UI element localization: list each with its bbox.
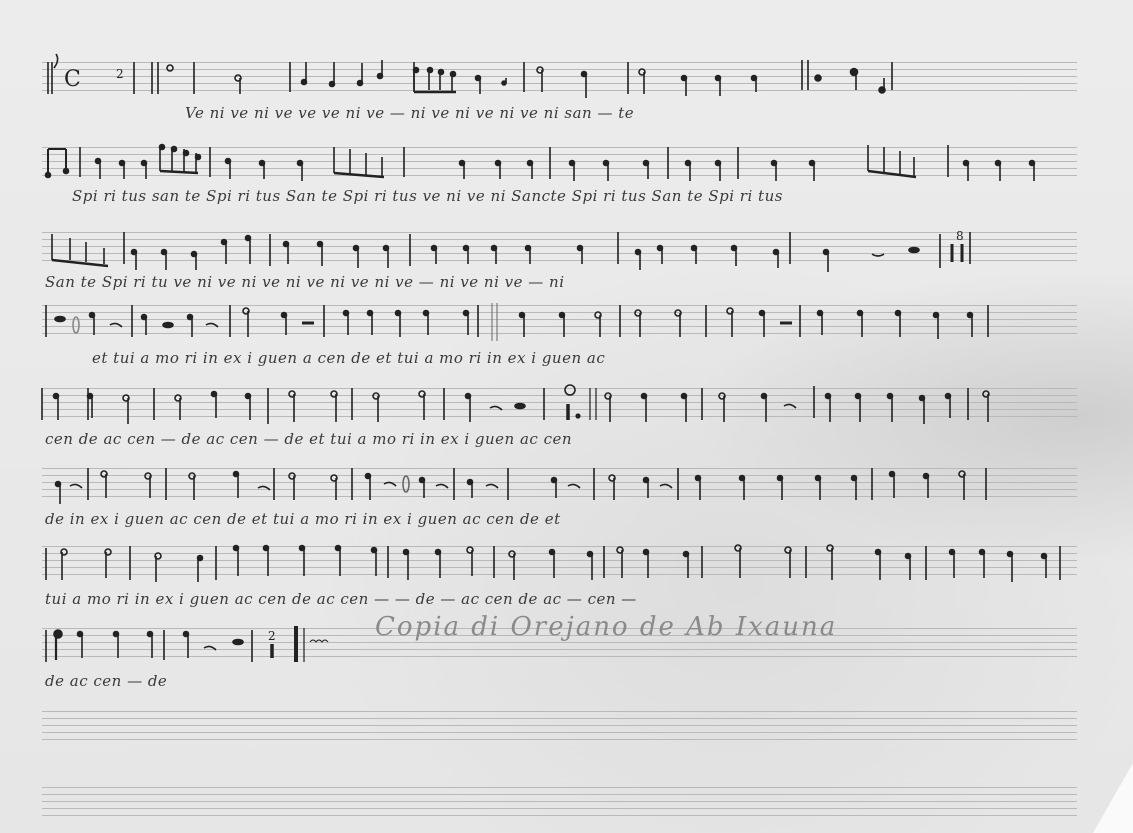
svg-text:8: 8 bbox=[956, 229, 964, 243]
copyist-signature: Copia di Orejano de Ab Ixauna bbox=[375, 612, 837, 642]
lyrics-line-6: de in ex i guen ac cen de et tui a mo ri… bbox=[45, 510, 561, 528]
folded-corner bbox=[1093, 763, 1133, 833]
staff-5 bbox=[42, 388, 1077, 416]
staff-4 bbox=[42, 305, 1077, 333]
lyrics-line-7: tui a mo ri in ex i guen ac cen de ac ce… bbox=[45, 590, 637, 608]
svg-text:2: 2 bbox=[268, 629, 276, 643]
lyrics-line-4: et tui a mo ri in ex i guen a cen de et … bbox=[92, 349, 605, 367]
music-notes bbox=[42, 374, 1077, 430]
lyrics-line-3: San te Spi ri tu ve ni ve ni ve ni ve ni… bbox=[45, 273, 565, 291]
music-notes bbox=[42, 133, 1077, 189]
music-notes: 8 bbox=[42, 218, 1077, 274]
staff-1: C 2 bbox=[42, 62, 1077, 90]
lyrics-line-1: Ve ni ve ni ve ve ve ni ve — ni ve ni ve… bbox=[185, 104, 634, 122]
music-notes bbox=[42, 532, 1077, 588]
staff-3: 8 bbox=[42, 232, 1077, 260]
lyrics-line-8: de ac cen — de bbox=[45, 672, 167, 690]
lyrics-line-2: Spi ri tus san te Spi ri tus San te Spi … bbox=[72, 187, 783, 205]
music-notes: C 2 bbox=[42, 48, 1077, 104]
svg-text:C: C bbox=[64, 67, 81, 92]
staff-7 bbox=[42, 546, 1077, 574]
staff-6 bbox=[42, 468, 1077, 496]
lyrics-line-5: cen de ac cen — de ac cen — de et tui a … bbox=[45, 430, 572, 448]
music-notes bbox=[42, 454, 1077, 510]
staff-9-empty bbox=[42, 711, 1077, 739]
svg-text:2: 2 bbox=[116, 67, 124, 81]
music-notes bbox=[42, 291, 1077, 347]
staff-2 bbox=[42, 147, 1077, 175]
staff-10-empty bbox=[42, 787, 1077, 815]
manuscript-page: C 2 bbox=[0, 0, 1133, 833]
